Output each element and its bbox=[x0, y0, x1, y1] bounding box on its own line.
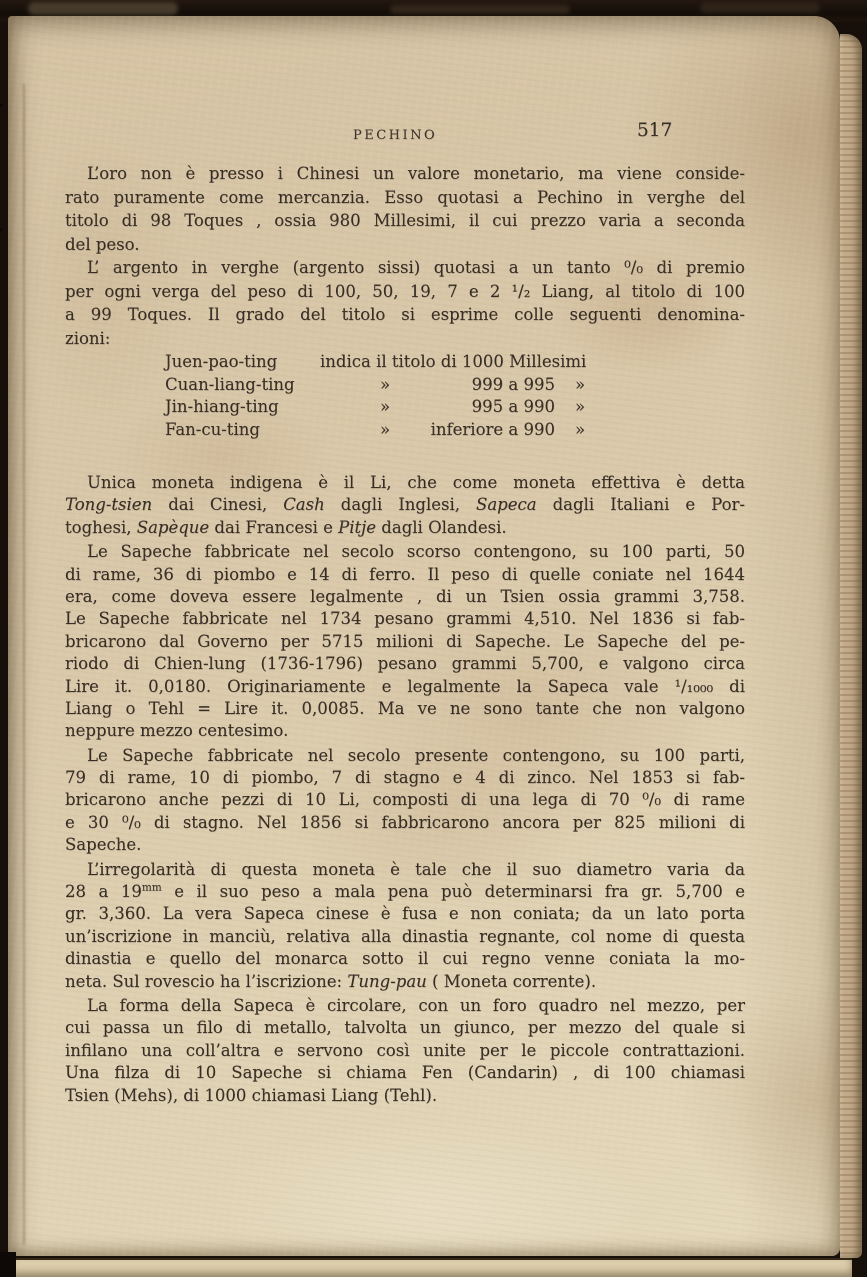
text-line: L’ argento in verghe (argento sissi) quo… bbox=[65, 256, 745, 280]
denomination-value: inferiore a 990 bbox=[315, 419, 555, 442]
text-line: neppure mezzo centesimo. bbox=[65, 720, 745, 742]
text-line: zioni: bbox=[65, 327, 745, 351]
denomination-name: Fan-cu-ting bbox=[165, 419, 260, 442]
text-line: Tsien (Mehs), di 1000 chiamasi Liang (Te… bbox=[65, 1085, 745, 1107]
denomination-value: 999 a 995 bbox=[315, 374, 555, 397]
text-line: Liang o Tehl = Lire it. 0,0085. Ma ve ne… bbox=[65, 698, 745, 720]
page-fore-edge bbox=[840, 34, 862, 1258]
denomination-name: Cuan-liang-ting bbox=[165, 374, 295, 397]
text-line: cui passa un filo di metallo, talvolta u… bbox=[65, 1017, 745, 1039]
text-line: gr. 3,360. La vera Sapeca cinese è fusa … bbox=[65, 903, 745, 925]
binding-smudge bbox=[28, 2, 178, 15]
denomination-name: Juen-pao-ting bbox=[165, 351, 277, 374]
text-line: un’iscrizione in manciù, relativa alla d… bbox=[65, 926, 745, 948]
paragraph: La forma della Sapeca è circolare, con u… bbox=[65, 995, 745, 1107]
denomination-value: 995 a 990 bbox=[315, 396, 555, 419]
denomination-table: Juen-pao-ting indica il titolo di 1000 M… bbox=[65, 351, 745, 442]
paragraph: L’oro non è presso i Chinesi un valore m… bbox=[65, 162, 745, 256]
text-line: e 30 ⁰/₀ di stagno. Nel 1856 si fabbrica… bbox=[65, 812, 745, 834]
text-line: La forma della Sapeca è circolare, con u… bbox=[65, 995, 745, 1017]
text-line: del peso. bbox=[65, 233, 745, 257]
paragraph: L’ argento in verghe (argento sissi) quo… bbox=[65, 256, 745, 350]
ditto-mark: » bbox=[568, 396, 592, 419]
table-row: Fan-cu-ting » inferiore a 990 » bbox=[65, 419, 745, 442]
text-line: Unica moneta indigena è il Li, che come … bbox=[65, 472, 745, 494]
next-page-edge bbox=[10, 1258, 852, 1277]
paragraph: Le Sapeche fabbricate nel secolo present… bbox=[65, 745, 745, 857]
text-line: per ogni verga del peso di 100, 50, 19, … bbox=[65, 280, 745, 304]
text-line: riodo di Chien-lung (1736-1796) pesano g… bbox=[65, 653, 745, 675]
ditto-mark: » bbox=[568, 374, 592, 397]
table-row: Jin-hiang-ting » 995 a 990 » bbox=[65, 396, 745, 419]
bottom-left-shadow bbox=[0, 1252, 16, 1277]
table-row: Cuan-liang-ting » 999 a 995 » bbox=[65, 374, 745, 397]
text-line: a 99 Toques. Il grado del titolo si espr… bbox=[65, 303, 745, 327]
binding-smudge bbox=[390, 5, 570, 14]
paragraph: Le Sapeche fabbricate nel secolo scorso … bbox=[65, 541, 745, 743]
paragraph-group-before-table: L’oro non è presso i Chinesi un valore m… bbox=[65, 162, 745, 350]
text-line: dinastia e quello del monarca sotto il c… bbox=[65, 948, 745, 970]
gutter-crease bbox=[23, 84, 25, 1244]
denomination-indication: indica il titolo di 1000 Millesimi bbox=[320, 351, 586, 374]
paragraph-gap bbox=[65, 442, 745, 472]
text-line: Lire it. 0,0180. Originariamente e legal… bbox=[65, 676, 745, 698]
binding-smudge bbox=[700, 3, 820, 13]
text-line: 28 a 19mm e il suo peso a mala pena può … bbox=[65, 881, 745, 903]
text-line: Le Sapeche fabbricate nel 1734 pesano gr… bbox=[65, 608, 745, 630]
running-head: PECHINO bbox=[353, 128, 437, 143]
ditto-mark: » bbox=[568, 419, 592, 442]
text-line: Tong-tsien dai Cinesi, Cash dagli Ingles… bbox=[65, 494, 745, 516]
text-line: Le Sapeche fabbricate nel secolo scorso … bbox=[65, 541, 745, 563]
text-line: infilano una coll’altra e servono così u… bbox=[65, 1040, 745, 1062]
page-edge-notch bbox=[0, 100, 4, 110]
scanned-book-photo: PECHINO 517 L’oro non è presso i Chinesi… bbox=[0, 0, 867, 1277]
text-line: bricarono dal Governo per 5715 milioni d… bbox=[65, 631, 745, 653]
book-page: PECHINO 517 L’oro non è presso i Chinesi… bbox=[8, 16, 840, 1256]
paragraph: L’irregolarità di questa moneta è tale c… bbox=[65, 859, 745, 993]
page-edge-notch bbox=[0, 225, 4, 235]
text-line: toghesi, Sapèque dai Francesi e Pitje da… bbox=[65, 517, 745, 539]
text-line: L’oro non è presso i Chinesi un valore m… bbox=[65, 162, 745, 186]
text-line: 79 di rame, 10 di piombo, 7 di stagno e … bbox=[65, 767, 745, 789]
text-line: era, come doveva essere legalmente , di … bbox=[65, 586, 745, 608]
text-line: bricarono anche pezzi di 10 Li, composti… bbox=[65, 789, 745, 811]
text-line: titolo di 98 Toques , ossia 980 Millesim… bbox=[65, 209, 745, 233]
paragraph: Unica moneta indigena è il Li, che come … bbox=[65, 472, 745, 539]
denomination-name: Jin-hiang-ting bbox=[165, 396, 279, 419]
text-line: Sapeche. bbox=[65, 834, 745, 856]
text-line: rato puramente come mercanzia. Esso quot… bbox=[65, 186, 745, 210]
text-line: L’irregolarità di questa moneta è tale c… bbox=[65, 859, 745, 881]
page-number: 517 bbox=[637, 120, 672, 141]
text-block: L’oro non è presso i Chinesi un valore m… bbox=[65, 162, 745, 1107]
table-row: Juen-pao-ting indica il titolo di 1000 M… bbox=[65, 351, 745, 374]
text-line: di rame, 36 di piombo e 14 di ferro. Il … bbox=[65, 564, 745, 586]
text-line: neta. Sul rovescio ha l’iscrizione: Tung… bbox=[65, 971, 745, 993]
text-line: Le Sapeche fabbricate nel secolo present… bbox=[65, 745, 745, 767]
paragraph-group-after-table: Unica moneta indigena è il Li, che come … bbox=[65, 472, 745, 1107]
text-line: Una filza di 10 Sapeche si chiama Fen (C… bbox=[65, 1062, 745, 1084]
